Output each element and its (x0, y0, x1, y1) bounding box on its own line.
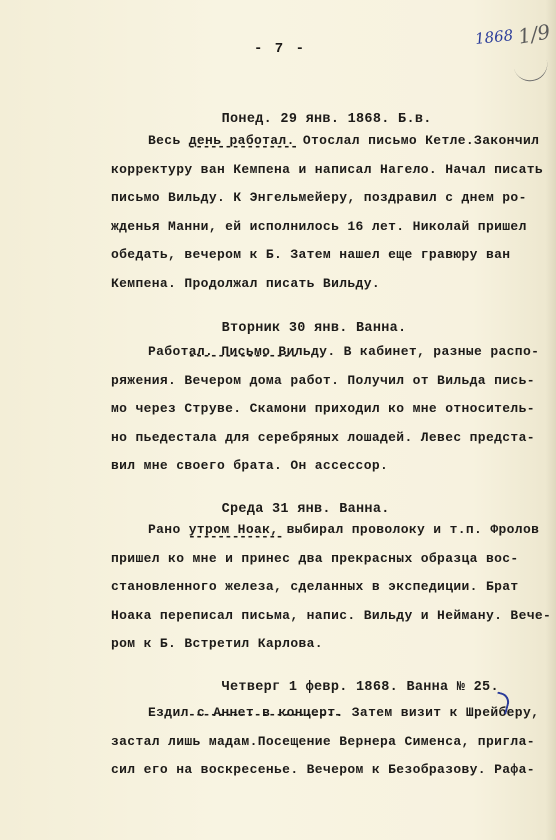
text-line: жденья Манни, ей исполнилось 16 лет. Ник… (111, 213, 556, 242)
page-number: - 7 - (254, 41, 306, 57)
entry-paragraph: Работал. Письмо Вильду. В кабинет, разны… (111, 338, 556, 481)
handwritten-year-annotation: 1868 (474, 26, 514, 48)
entry-paragraph: Ездил с Аннет в концерт. Затем визит к Ш… (111, 699, 556, 785)
text-line: Кемпена. Продолжал писать Вильду. (111, 270, 556, 299)
entry-paragraph: Весь день работал. Отослал письмо Кетле.… (111, 127, 556, 298)
text-line: Рано утром Ноак, выбирал проволоку и т.п… (111, 516, 556, 545)
text-line: Ноака переписал письма, напис. Вильду и … (111, 602, 556, 631)
text-line: Работал. Письмо Вильду. В кабинет, разны… (111, 338, 556, 367)
text-line: Весь день работал. Отослал письмо Кетле.… (111, 127, 556, 156)
text-line: ряжения. Вечером дома работ. Получил от … (111, 367, 556, 396)
text-line: обедать, вечером к Б. Затем нашел еще гр… (111, 241, 556, 270)
entry-heading-text: Среда 31 янв. Ванна. (222, 502, 390, 517)
text-line: сил его на воскресенье. Вечером к Безобр… (111, 756, 556, 785)
text-line: пришел ко мне и принес два прекрасных об… (111, 545, 556, 574)
entry-heading-text: Вторник 30 янв. Ванна. (222, 321, 407, 336)
text-line: ром к Б. Встретил Карлова. (111, 630, 556, 659)
entry-heading-text: Понед. 29 янв. 1868. Б.в. (222, 112, 432, 127)
text-line: письмо Вильду. К Энгельмейеру, поздравил… (111, 184, 556, 213)
entry-paragraph: Рано утром Ноак, выбирал проволоку и т.п… (111, 516, 556, 659)
text-line: застал лишь мадам.Посещение Вернера Симе… (111, 728, 556, 757)
text-line: но пьедестала для серебряных лошадей. Ле… (111, 424, 556, 453)
text-line: Ездил с Аннет в концерт. Затем визит к Ш… (111, 699, 556, 728)
entry-heading-text: Четверг 1 февр. 1868. Ванна № 25. (222, 680, 499, 695)
text-line: вил мне своего брата. Он ассессор. (111, 452, 556, 481)
text-line: корректуру ван Кемпена и написал Нагело.… (111, 156, 556, 185)
text-line: мо через Струве. Скамони приходил ко мне… (111, 395, 556, 424)
typewritten-diary-page: - 7 - 1868 1/9 Понед. 29 янв. 1868. Б.в.… (0, 0, 556, 840)
text-line: становленного железа, сделанных в экспед… (111, 573, 556, 602)
